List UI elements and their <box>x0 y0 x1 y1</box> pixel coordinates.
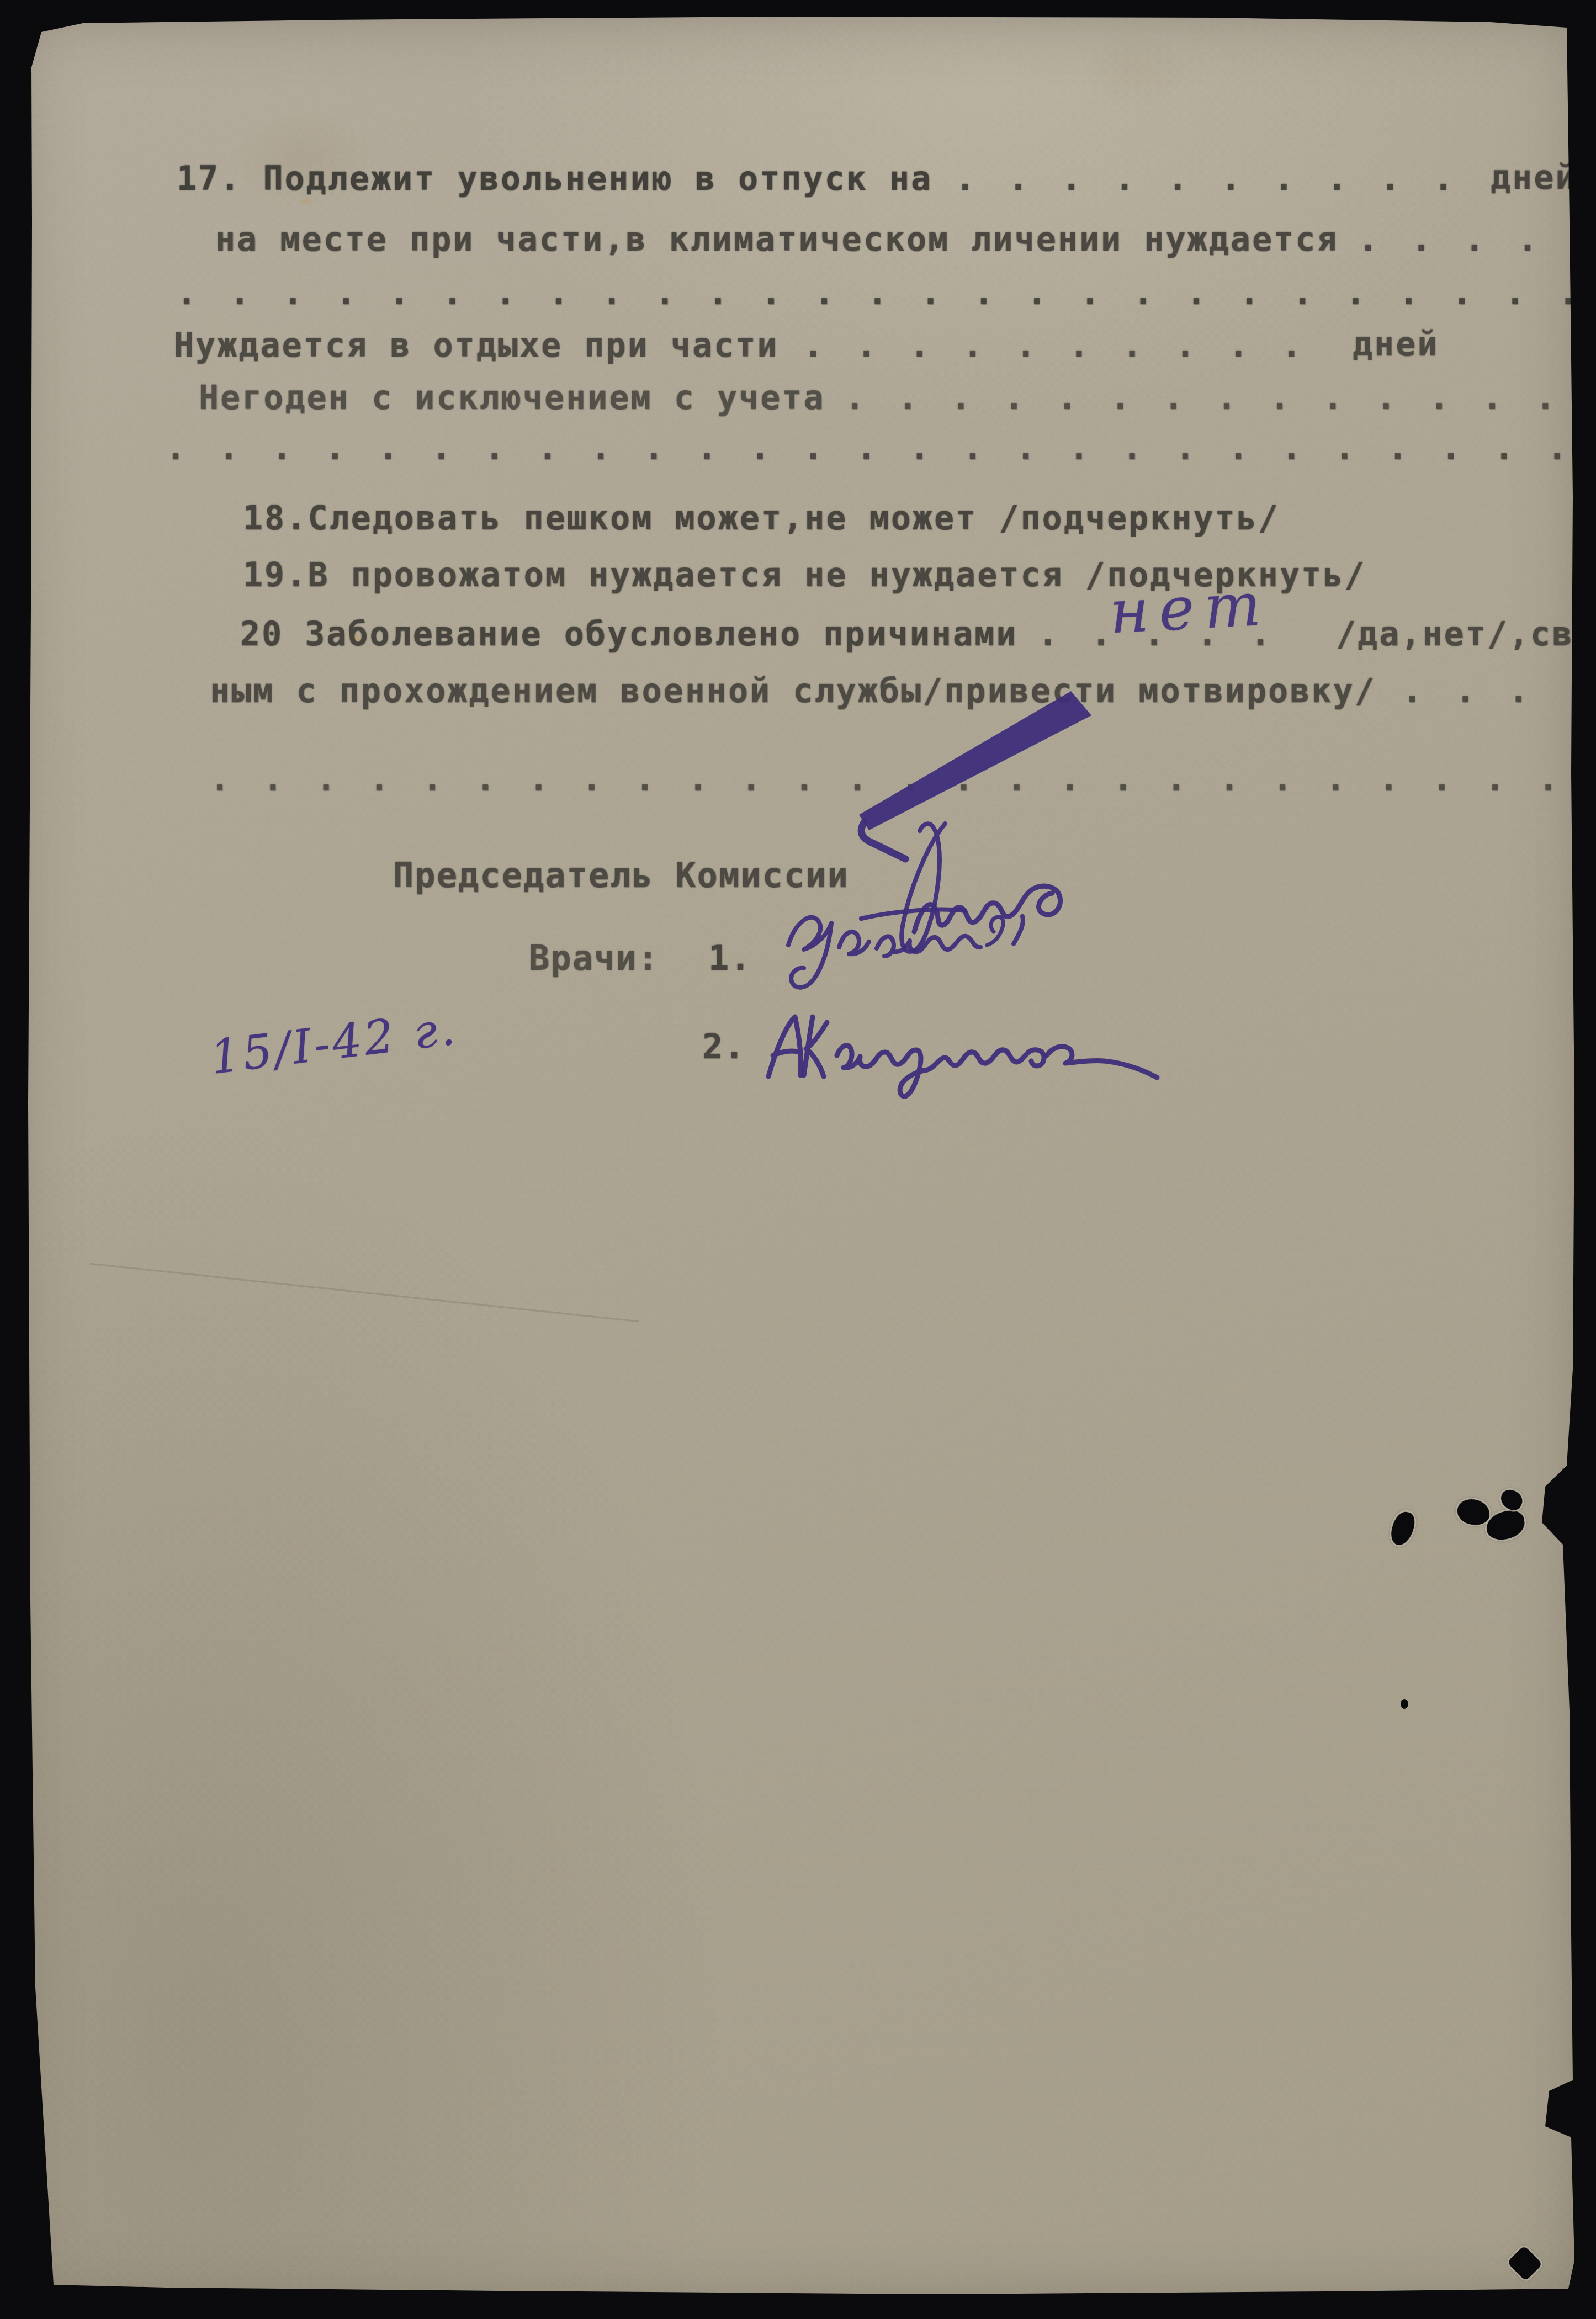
doctor1-signature-bar <box>861 910 965 919</box>
paper-crease <box>90 1263 639 1323</box>
chairman-signature-hook <box>861 822 905 859</box>
doctor1-signature-stroke <box>788 917 831 988</box>
paper-hole <box>1507 2245 1542 2281</box>
item17-line1-suffix: дней <box>1491 159 1577 197</box>
doctor2-signature-stroke <box>837 1046 1044 1096</box>
item20-number: 20 <box>240 615 283 654</box>
doctor1-signature-tail <box>1014 916 1023 944</box>
chairman-signature-name <box>914 886 1061 932</box>
rest-line1: Нуждается в отдыхе при части <box>174 327 778 365</box>
paper-hole <box>1457 1499 1489 1525</box>
doctor2-number: 2. <box>702 1027 746 1066</box>
item20-handwritten-answer: нет <box>1108 570 1272 647</box>
doctors-label: Врачи: <box>529 938 659 978</box>
paper-hole <box>1484 1508 1527 1542</box>
doctor2-signature-tail <box>1047 1047 1157 1078</box>
item20-dotted-row: . . . . . . . . . . . . . . . . . . . . … <box>210 761 1596 799</box>
item20-line1-text: Заболевание обусловлено причинами <box>305 615 1017 654</box>
item20-line1-suffix: /да,нет/,связ <box>1336 615 1596 654</box>
item17-line1-dot-leader: . . . . . . . . . . <box>955 160 1460 198</box>
rest-line2-dot-leader: . . . . . . . . . . . . . . <box>845 379 1562 417</box>
paper-hole <box>1388 1509 1417 1547</box>
item20-line1: 20Заболевание обусловлено причинами <box>240 615 1017 654</box>
scanned-document: 17.Подлежит увольнению в отпуск на . . .… <box>0 0 1596 2319</box>
chairman-label: Председатель Комиссии <box>393 856 849 895</box>
item18-number: 18. <box>243 499 307 538</box>
item20-line2: ным с прохождением военной службы/привес… <box>210 672 1376 710</box>
paper-fleck <box>300 198 311 204</box>
doctor1-number: 1. <box>708 938 752 978</box>
item17-line1-text: Подлежит увольнению в отпуск на <box>263 160 932 198</box>
item20-line2-dot-leader: . . . <box>1402 672 1535 710</box>
chairman-signature <box>859 691 1091 952</box>
paper-hole <box>1498 1487 1526 1513</box>
handwritten-date: 15/I-42 г. <box>208 1001 460 1085</box>
item17-line1: 17.Подлежит увольнению в отпуск на <box>177 160 932 198</box>
doctor1-signature-stroke <box>987 917 1003 945</box>
document-page: 17.Подлежит увольнению в отпуск на . . .… <box>0 0 1596 2319</box>
rest-line1-suffix: дней <box>1353 326 1439 364</box>
rest-dotted-row: . . . . . . . . . . . . . . . . . . . . … <box>166 429 1596 468</box>
item17-line2: на месте при части,в климатическом личен… <box>215 221 1338 259</box>
item18-line: 18.Следовать пешком может,не может /подч… <box>243 500 1280 538</box>
item19-number: 19. <box>243 556 307 595</box>
item17-number: 17. <box>177 160 241 198</box>
item17-dotted-row: . . . . . . . . . . . . . . . . . . . . … <box>177 274 1596 312</box>
doctor2-signature <box>768 1017 1157 1096</box>
doctor1-signature-stroke <box>839 932 869 954</box>
item17-line2-dot-leader: . . . . . <box>1358 221 1596 259</box>
item18-text: Следовать пешком может,не может /подчерк… <box>307 499 1280 538</box>
paper-stain <box>1082 33 1192 110</box>
doctor1-signature-stroke <box>877 936 980 956</box>
doctor2-signature-stroke <box>768 1017 801 1076</box>
rest-line1-dot-leader: . . . . . . . . . . <box>803 327 1308 365</box>
paper-speck <box>1401 1699 1408 1709</box>
chairman-signature-loop <box>902 824 945 952</box>
rest-line2: Негоден с исключением с учета <box>199 379 825 417</box>
doctor2-signature-stroke <box>804 1017 827 1076</box>
doctor1-signature <box>788 910 1023 988</box>
